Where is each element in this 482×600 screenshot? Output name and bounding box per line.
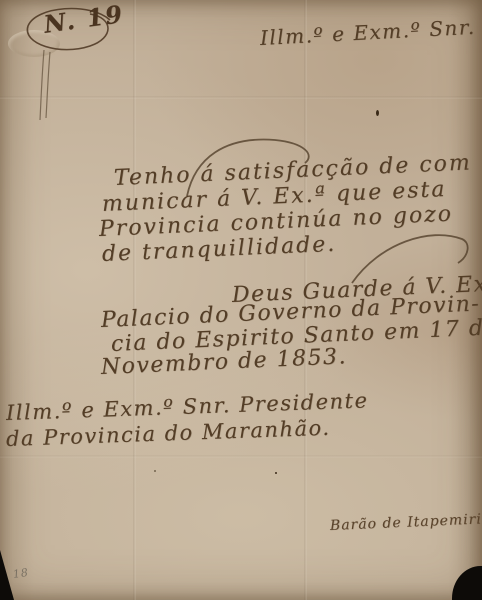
ink-speck [275, 472, 277, 474]
ink-speck [376, 110, 379, 116]
horizontal-fold-crease [0, 455, 482, 458]
pencil-folio-number: 18 [12, 566, 30, 581]
manuscript-letter-scan: N. 19 Illm.º e Exm.º Snr. Tenho á satisf… [0, 0, 482, 600]
vertical-fold-crease [133, 0, 136, 600]
horizontal-fold-crease [0, 96, 482, 99]
ink-speck [154, 470, 156, 472]
